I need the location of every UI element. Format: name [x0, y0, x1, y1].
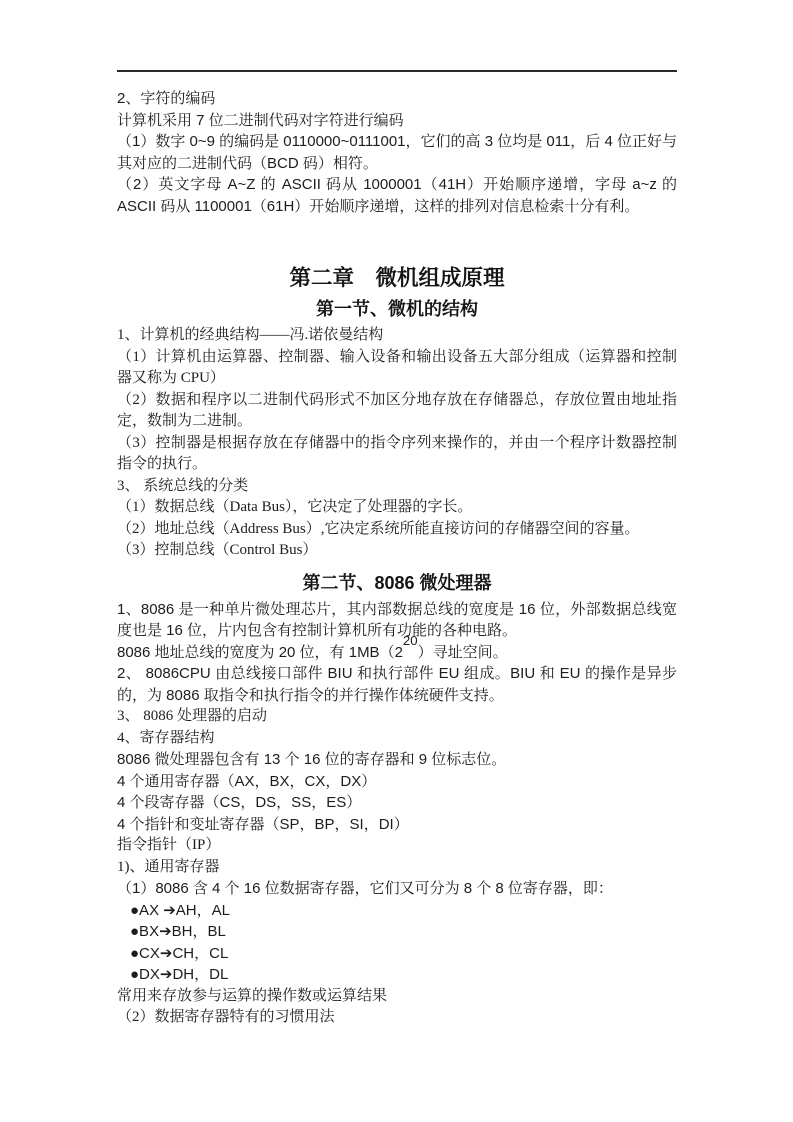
paragraph: 4 个指针和变址寄存器（SP，BP，SI，DI） — [117, 814, 677, 836]
paragraph: 指令指针（IP） — [117, 835, 677, 857]
paragraph: 4、寄存器结构 — [117, 728, 677, 750]
paragraph: （2）英文字母 A~Z 的 ASCII 码从 1000001（41H）开始顺序递… — [117, 174, 677, 217]
text-run: 8086 地址总线的宽度为 20 位，有 1MB（2 — [117, 644, 403, 661]
paragraph: （1）计算机由运算器、控制器、输入设备和输出设备五大部分组成（运算器和控制器又称… — [117, 347, 677, 390]
paragraph: 常用来存放参与运算的操作数或运算结果 — [117, 986, 677, 1008]
section-heading: 第二节、8086 微处理器 — [117, 571, 677, 596]
paragraph: 4 个段寄存器（CS，DS，SS，ES） — [117, 792, 677, 814]
paragraph: （3）控制器是根据存放在存储器中的指令序列来操作的，并由一个程序计数器控制指令的… — [117, 433, 677, 476]
paragraph: 2、字符的编码 — [117, 88, 677, 110]
paragraph: 1、计算机的经典结构——冯.诺依曼结构 — [117, 325, 677, 347]
paragraph: （2）数据寄存器特有的习惯用法 — [117, 1007, 677, 1029]
chapter-heading: 第二章 微机组成原理 — [117, 264, 677, 292]
paragraph: 2、 8086CPU 由总线接口部件 BIU 和执行部件 EU 组成。BIU 和… — [117, 663, 677, 706]
paragraph: （2）数据和程序以二进制代码形式不加区分地存放在存储器总，存放位置由地址指定，数… — [117, 390, 677, 433]
paragraph: 4 个通用寄存器（AX，BX，CX，DX） — [117, 771, 677, 793]
paragraph: （1）数据总线（Data Bus），它决定了处理器的字长。 — [117, 497, 677, 519]
paragraph: 计算机采用 7 位二进制代码对字符进行编码 — [117, 110, 677, 132]
paragraph: （1）数字 0~9 的编码是 0110000~0111001，它们的高 3 位均… — [117, 131, 677, 174]
document-page: 2、字符的编码计算机采用 7 位二进制代码对字符进行编码（1）数字 0~9 的编… — [0, 0, 793, 1122]
document-body: 2、字符的编码计算机采用 7 位二进制代码对字符进行编码（1）数字 0~9 的编… — [117, 88, 677, 1029]
text-run: ）寻址空间。 — [418, 644, 508, 661]
paragraph: 8086 微处理器包含有 13 个 16 位的寄存器和 9 位标志位。 — [117, 749, 677, 771]
paragraph: （3）控制总线（Control Bus） — [117, 540, 677, 562]
section-heading: 第一节、微机的结构 — [117, 297, 677, 322]
paragraph: 8086 地址总线的宽度为 20 位，有 1MB（220）寻址空间。 — [117, 642, 677, 664]
bullet-list-item: ●DX➔DH，DL — [117, 964, 677, 986]
bullet-list-item: ●AX ➔AH，AL — [117, 900, 677, 922]
bullet-list-item: ●CX➔CH，CL — [117, 943, 677, 965]
superscript-exponent: 20 — [403, 633, 418, 648]
paragraph: （2）地址总线（Address Bus）,它决定系统所能直接访问的存储器空间的容… — [117, 519, 677, 541]
paragraph: 3、 系统总线的分类 — [117, 476, 677, 498]
paragraph: （1）8086 含 4 个 16 位数据寄存器，它们又可分为 8 个 8 位寄存… — [117, 878, 677, 900]
paragraph: 1、8086 是一种单片微处理芯片，其内部数据总线的宽度是 16 位，外部数据总… — [117, 599, 677, 642]
bullet-list-item: ●BX➔BH，BL — [117, 921, 677, 943]
paragraph: 1)、通用寄存器 — [117, 857, 677, 879]
paragraph: 3、 8086 处理器的启动 — [117, 706, 677, 728]
page-header-rule — [117, 70, 677, 72]
